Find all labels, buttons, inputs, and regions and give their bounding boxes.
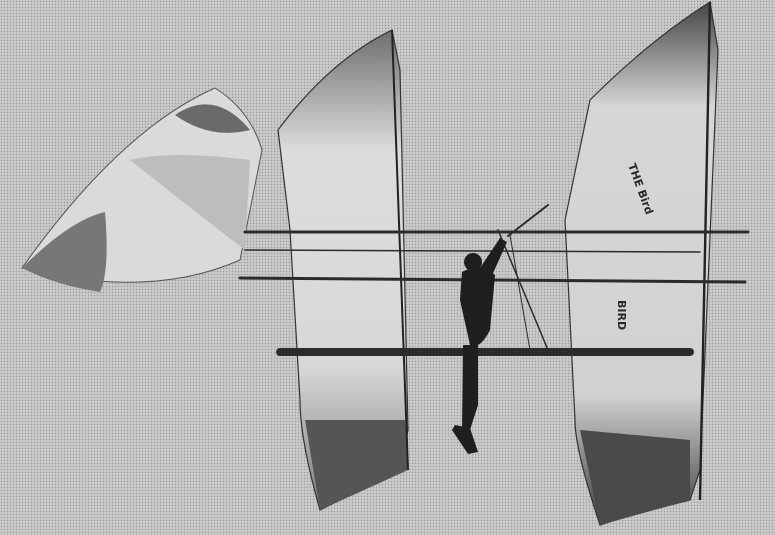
glider-illustration: THE Bird BIRD bbox=[0, 0, 775, 535]
wing-label-lower: BIRD bbox=[615, 300, 628, 330]
photo: THE Bird BIRD bbox=[0, 0, 775, 535]
